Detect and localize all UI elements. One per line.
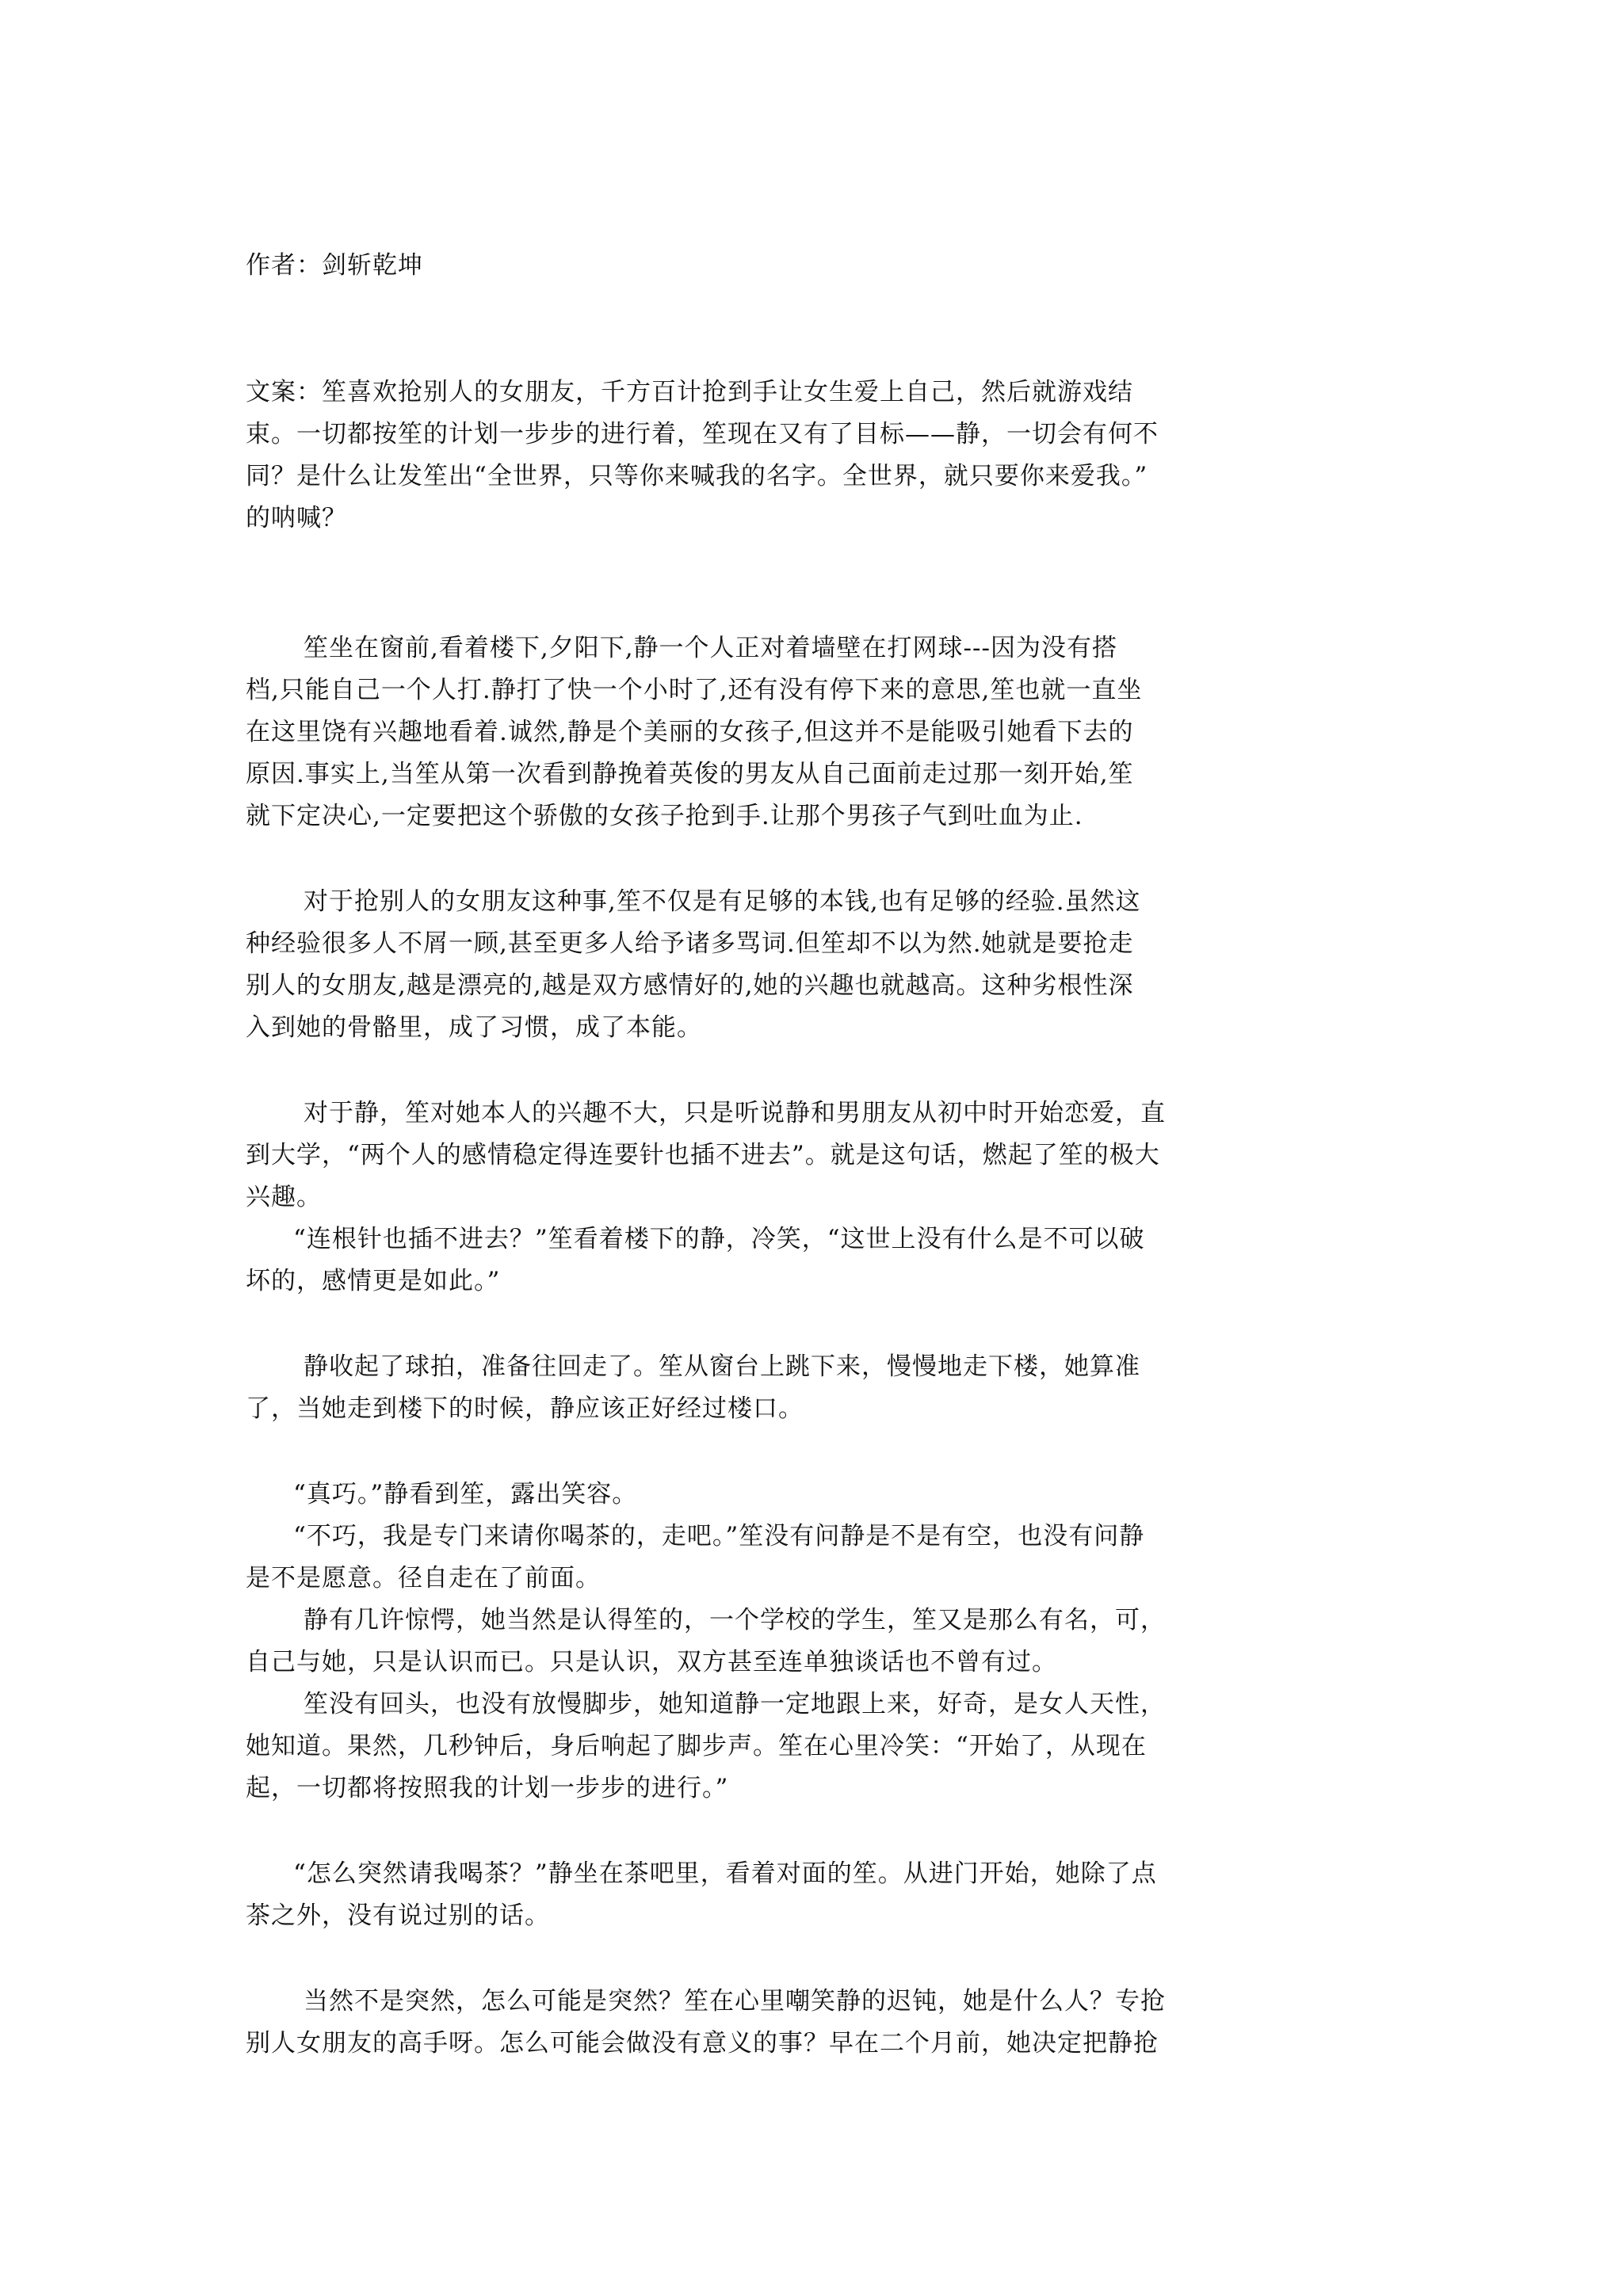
paragraph-line: 坏的，感情更是如此。”	[246, 1265, 500, 1297]
paragraph-line: 起，一切都将按照我的计划一步步的进行。”	[246, 1772, 728, 1804]
paragraph-line: 对于静，笙对她本人的兴趣不大，只是听说静和男朋友从初中时开始恋爱，直	[304, 1097, 1166, 1129]
paragraph-line: 自己与她，只是认识而已。只是认识，双方甚至连单独谈话也不曾有过。	[246, 1646, 1057, 1678]
paragraph-line: 了，当她走到楼下的时候，静应该正好经过楼口。	[246, 1393, 804, 1425]
synopsis-line: 束。一切都按笙的计划一步步的进行着，笙现在又有了目标——静，一切会有何不	[246, 418, 1159, 450]
paragraph-line: 静有几许惊愕，她当然是认得笙的，一个学校的学生，笙又是那么有名，可，	[304, 1604, 1166, 1636]
paragraph-line: 档,只能自己一个人打.静打了快一个小时了,还有没有停下来的意思,笙也就一直坐	[246, 674, 1142, 706]
paragraph-line: 入到她的骨骼里，成了习惯，成了本能。	[246, 1012, 702, 1043]
author-line: 作者：剑斩乾坤	[246, 250, 423, 281]
paragraph-line: 就下定决心,一定要把这个骄傲的女孩子抢到手.让那个男孩子气到吐血为止.	[246, 800, 1083, 832]
paragraph-line: “连根针也插不进去？”笙看着楼下的静，冷笑，“这世上没有什么是不可以破	[293, 1223, 1145, 1255]
paragraph-line: 种经验很多人不屑一顾,甚至更多人给予诸多骂词.但笙却不以为然.她就是要抢走	[246, 928, 1134, 959]
paragraph-line: 笙坐在窗前,看着楼下,夕阳下,静一个人正对着墙壁在打网球---因为没有搭	[304, 632, 1117, 664]
paragraph-line: 到大学，“两个人的感情稳定得连要针也插不进去”。就是这句话，燃起了笙的极大	[246, 1139, 1160, 1171]
synopsis-line: 的呐喊？	[246, 502, 347, 534]
synopsis-line: 同？是什么让发笙出“全世界，只等你来喊我的名字。全世界，就只要你来爱我。”	[246, 460, 1148, 492]
paragraph-line: 她知道。果然，几秒钟后，身后响起了脚步声。笙在心里冷笑：“开始了，从现在	[246, 1730, 1147, 1762]
paragraph-line: 茶之外，没有说过别的话。	[246, 1900, 550, 1932]
paragraph-line: 静收起了球拍，准备往回走了。笙从窗台上跳下来，慢慢地走下楼，她算准	[304, 1351, 1140, 1383]
paragraph-line: 兴趣。	[246, 1181, 322, 1213]
paragraph-line: 别人女朋友的高手呀。怎么可能会做没有意义的事？早在二个月前，她决定把静抢	[246, 2027, 1159, 2059]
paragraph-line: “怎么突然请我喝茶？”静坐在茶吧里，看着对面的笙。从进门开始，她除了点	[293, 1858, 1157, 1890]
synopsis-line: 文案：笙喜欢抢别人的女朋友，千方百计抢到手让女生爱上自己，然后就游戏结	[246, 376, 1133, 408]
paragraph-line: 是不是愿意。径自走在了前面。	[246, 1562, 601, 1594]
document-page: 作者：剑斩乾坤 文案：笙喜欢抢别人的女朋友，千方百计抢到手让女生爱上自己，然后就…	[0, 0, 1623, 2296]
paragraph-line: 在这里饶有兴趣地看着.诚然,静是个美丽的女孩子,但这并不是能吸引她看下去的	[246, 716, 1134, 748]
paragraph-line: 对于抢别人的女朋友这种事,笙不仅是有足够的本钱,也有足够的经验.虽然这	[304, 886, 1141, 917]
paragraph-line: “不巧，我是专门来请你喝茶的，走吧。”笙没有问静是不是有空，也没有问静	[293, 1520, 1144, 1552]
paragraph-line: 当然不是突然，怎么可能是突然？笙在心里嘲笑静的迟钝，她是什么人？专抢	[304, 1985, 1166, 2017]
paragraph-line: 笙没有回头，也没有放慢脚步，她知道静一定地跟上来，好奇，是女人天性，	[304, 1688, 1166, 1720]
paragraph-line: “真巧。”静看到笙，露出笑容。	[293, 1478, 637, 1510]
paragraph-line: 原因.事实上,当笙从第一次看到静挽着英俊的男友从自己面前走过那一刻开始,笙	[246, 758, 1134, 790]
paragraph-line: 别人的女朋友,越是漂亮的,越是双方感情好的,她的兴趣也就越高。这种劣根性深	[246, 970, 1134, 1001]
